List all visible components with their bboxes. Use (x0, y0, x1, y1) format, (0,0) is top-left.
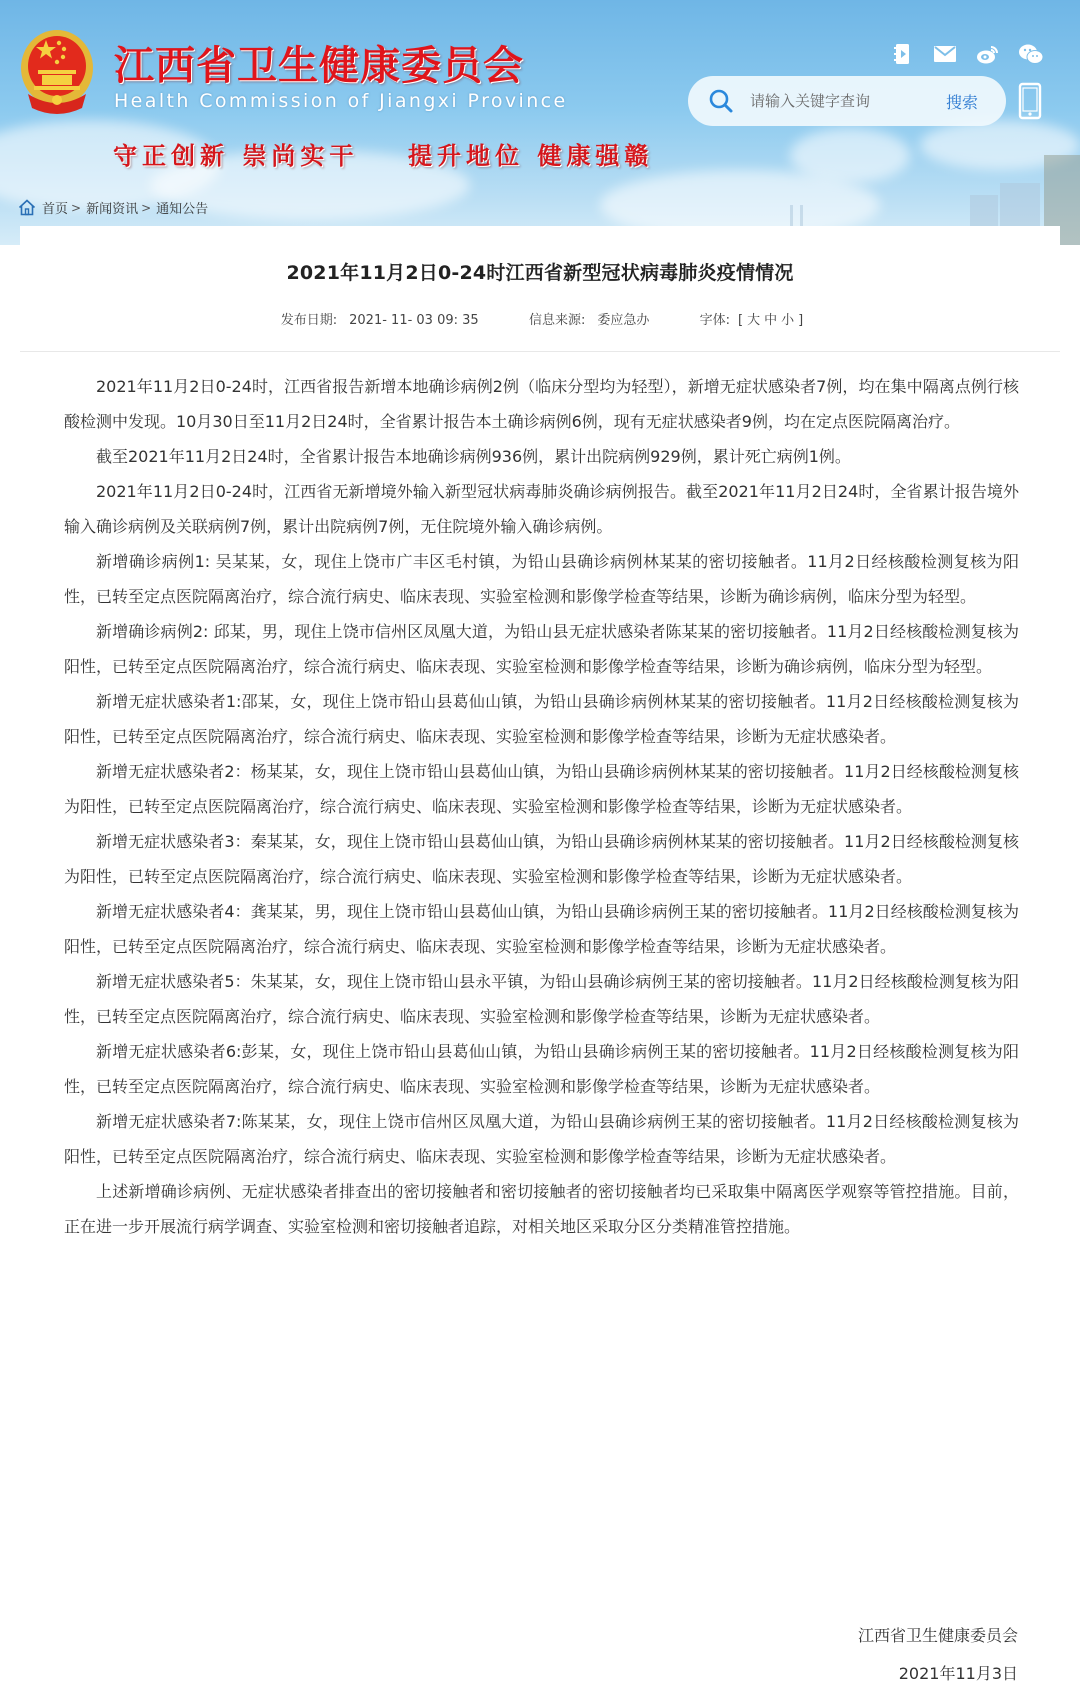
breadcrumb: 首页 > 新闻资讯 > 通知公告 (18, 198, 208, 217)
site-subtitle: Health Commission of Jiangxi Province (114, 90, 568, 112)
font-size-small-button[interactable]: 小 (781, 313, 794, 328)
signature-org: 江西省卫生健康委员会 (858, 1617, 1018, 1655)
paragraph: 新增无症状感染者5：朱某某，女，现住上饶市铅山县永平镇，为铅山县确诊病例王某的密… (64, 964, 1019, 1034)
breadcrumb-notices[interactable]: 通知公告 (156, 198, 208, 217)
weibo-icon[interactable] (966, 40, 1009, 68)
breadcrumb-separator: > (141, 201, 151, 215)
header-banner: 江西省卫生健康委员会 Health Commission of Jiangxi … (0, 0, 1080, 245)
home-icon[interactable] (18, 199, 36, 216)
source-value: 委应急办 (597, 313, 649, 328)
font-size-large-button[interactable]: 大 (747, 313, 760, 328)
publish-date-label: 发布日期: (281, 313, 337, 328)
national-emblem-icon (18, 28, 96, 116)
paragraph: 新增无症状感染者6:彭某，女，现住上饶市铅山县葛仙山镇，为铅山县确诊病例王某的密… (64, 1034, 1019, 1104)
publish-date-value: 2021- 11- 03 09: 35 (349, 313, 479, 328)
top-icon-bar (880, 40, 1052, 68)
font-size-medium-button[interactable]: 中 (764, 313, 777, 328)
slogan-left: 守正创新 崇尚实干 (113, 136, 358, 171)
paragraph: 新增无症状感染者1:邵某，女，现住上饶市铅山县葛仙山镇，为铅山县确诊病例林某某的… (64, 684, 1019, 754)
paragraph: 新增确诊病例2: 邱某，男，现住上饶市信州区凤凰大道，为铅山县无症状感染者陈某某… (64, 614, 1019, 684)
bracket-close: ] (798, 313, 803, 328)
article-meta: 发布日期:2021- 11- 03 09: 35 信息来源:委应急办 字体:[大… (0, 309, 1080, 328)
font-size-label: 字体: (700, 313, 730, 328)
slogan-right: 提升地位 健康强赣 (408, 136, 653, 171)
site-title[interactable]: 江西省卫生健康委员会 (114, 34, 524, 91)
video-notebook-icon[interactable] (880, 40, 923, 68)
article-body: 2021年11月2日0-24时，江西省报告新增本地确诊病例2例（临床分型均为轻型… (64, 369, 1019, 1244)
breadcrumb-separator: > (71, 201, 81, 215)
breadcrumb-home[interactable]: 首页 (42, 198, 68, 217)
mail-icon[interactable] (923, 40, 966, 68)
search-button[interactable]: 搜索 (946, 90, 978, 113)
search-input[interactable] (750, 92, 940, 110)
paragraph: 上述新增确诊病例、无症状感染者排查出的密切接触者和密切接触者的密切接触者均已采取… (64, 1174, 1019, 1244)
mobile-phone-icon[interactable] (1016, 82, 1044, 120)
title-divider (20, 351, 1060, 352)
search-icon[interactable] (708, 88, 734, 114)
signature-date: 2021年11月3日 (858, 1655, 1018, 1693)
breadcrumb-news[interactable]: 新闻资讯 (86, 198, 138, 217)
paragraph: 新增确诊病例1: 吴某某，女，现住上饶市广丰区毛村镇，为铅山县确诊病例林某某的密… (64, 544, 1019, 614)
article-title: 2021年11月2日0-24时江西省新型冠状病毒肺炎疫情情况 (0, 258, 1080, 285)
bracket-open: [ (738, 313, 743, 328)
paragraph: 截至2021年11月2日24时，全省累计报告本地确诊病例936例，累计出院病例9… (64, 439, 1019, 474)
search-box: 搜索 (688, 76, 1006, 126)
paragraph: 2021年11月2日0-24时，江西省无新增境外输入新型冠状病毒肺炎确诊病例报告… (64, 474, 1019, 544)
paragraph: 新增无症状感染者3：秦某某，女，现住上饶市铅山县葛仙山镇，为铅山县确诊病例林某某… (64, 824, 1019, 894)
source-label: 信息来源: (529, 313, 585, 328)
wechat-icon[interactable] (1009, 40, 1052, 68)
paragraph: 新增无症状感染者4：龚某某，男，现住上饶市铅山县葛仙山镇，为铅山县确诊病例王某的… (64, 894, 1019, 964)
paragraph: 新增无症状感染者7:陈某某，女，现住上饶市信州区凤凰大道，为铅山县确诊病例王某的… (64, 1104, 1019, 1174)
signature-block: 江西省卫生健康委员会 2021年11月3日 (858, 1617, 1018, 1693)
paragraph: 新增无症状感染者2：杨某某，女，现住上饶市铅山县葛仙山镇，为铅山县确诊病例林某某… (64, 754, 1019, 824)
paragraph: 2021年11月2日0-24时，江西省报告新增本地确诊病例2例（临床分型均为轻型… (64, 369, 1019, 439)
